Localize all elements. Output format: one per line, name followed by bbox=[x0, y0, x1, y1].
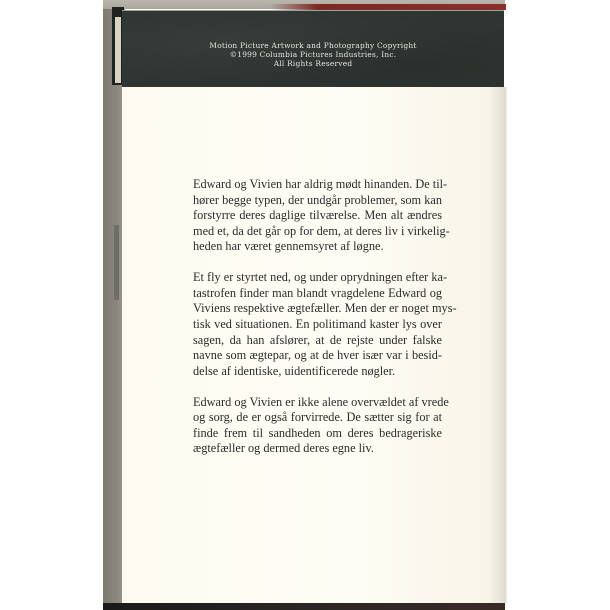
text-line: tastrofen finder man blandt vragdelene E… bbox=[193, 286, 442, 302]
text-line: Edward og Vivien er ikke alene overvælde… bbox=[193, 395, 442, 411]
credit-line: All Rights Reserved bbox=[122, 59, 504, 68]
text-line: tisk ved situationen. En politimand kast… bbox=[193, 317, 442, 333]
text-line: Et fly er styrtet ned, og under oprydnin… bbox=[193, 270, 442, 286]
blurb-text: Edward og Vivien har aldrig mødt hinande… bbox=[193, 177, 442, 472]
bottom-board-edge bbox=[103, 603, 505, 610]
page-right-edge bbox=[504, 87, 507, 603]
blurb-paragraph-2: Et fly er styrtet ned, og under oprydnin… bbox=[193, 270, 442, 379]
cover-page: Edward og Vivien har aldrig mødt hinande… bbox=[122, 87, 504, 603]
spine-mark bbox=[114, 225, 119, 300]
text-line: Viviens respektive ægtefæller. Men der e… bbox=[193, 301, 442, 317]
book-back-cover-scan: Motion Picture Artwork and Photography C… bbox=[0, 0, 610, 610]
text-line: heden har været gennemsyret af løgne. bbox=[193, 239, 442, 255]
credit-line: ©1999 Columbia Pictures Industries, Inc. bbox=[122, 50, 504, 59]
text-line: med et, da det går op for dem, at deres … bbox=[193, 224, 442, 240]
back-cover: Motion Picture Artwork and Photography C… bbox=[122, 9, 504, 603]
blurb-paragraph-3: Edward og Vivien er ikke alene overvælde… bbox=[193, 395, 442, 457]
text-line: sagen, da han afslører, at de rejste und… bbox=[193, 333, 442, 349]
text-line: og sorg, de er også forvirrede. De sætte… bbox=[193, 410, 442, 426]
text-line: ægtefæller og dermed deres egne liv. bbox=[193, 441, 442, 457]
copyright-credits: Motion Picture Artwork and Photography C… bbox=[122, 41, 504, 68]
text-line: forstyrre deres daglige tilværelse. Men … bbox=[193, 208, 442, 224]
text-line: hører begge typen, der undgår problemer,… bbox=[193, 193, 442, 209]
text-line: finde frem til sandheden om deres bedrag… bbox=[193, 426, 442, 442]
text-line: navne som ægtepar, og at de hver især va… bbox=[193, 348, 442, 364]
header-band: Motion Picture Artwork and Photography C… bbox=[122, 10, 504, 89]
text-line: delse af identiske, uidentificerede nøgl… bbox=[193, 364, 442, 380]
credit-line: Motion Picture Artwork and Photography C… bbox=[122, 41, 504, 50]
blurb-paragraph-1: Edward og Vivien har aldrig mødt hinande… bbox=[193, 177, 442, 255]
dust-jacket-fold-light bbox=[115, 17, 121, 83]
text-line: Edward og Vivien har aldrig mødt hinande… bbox=[193, 177, 442, 193]
